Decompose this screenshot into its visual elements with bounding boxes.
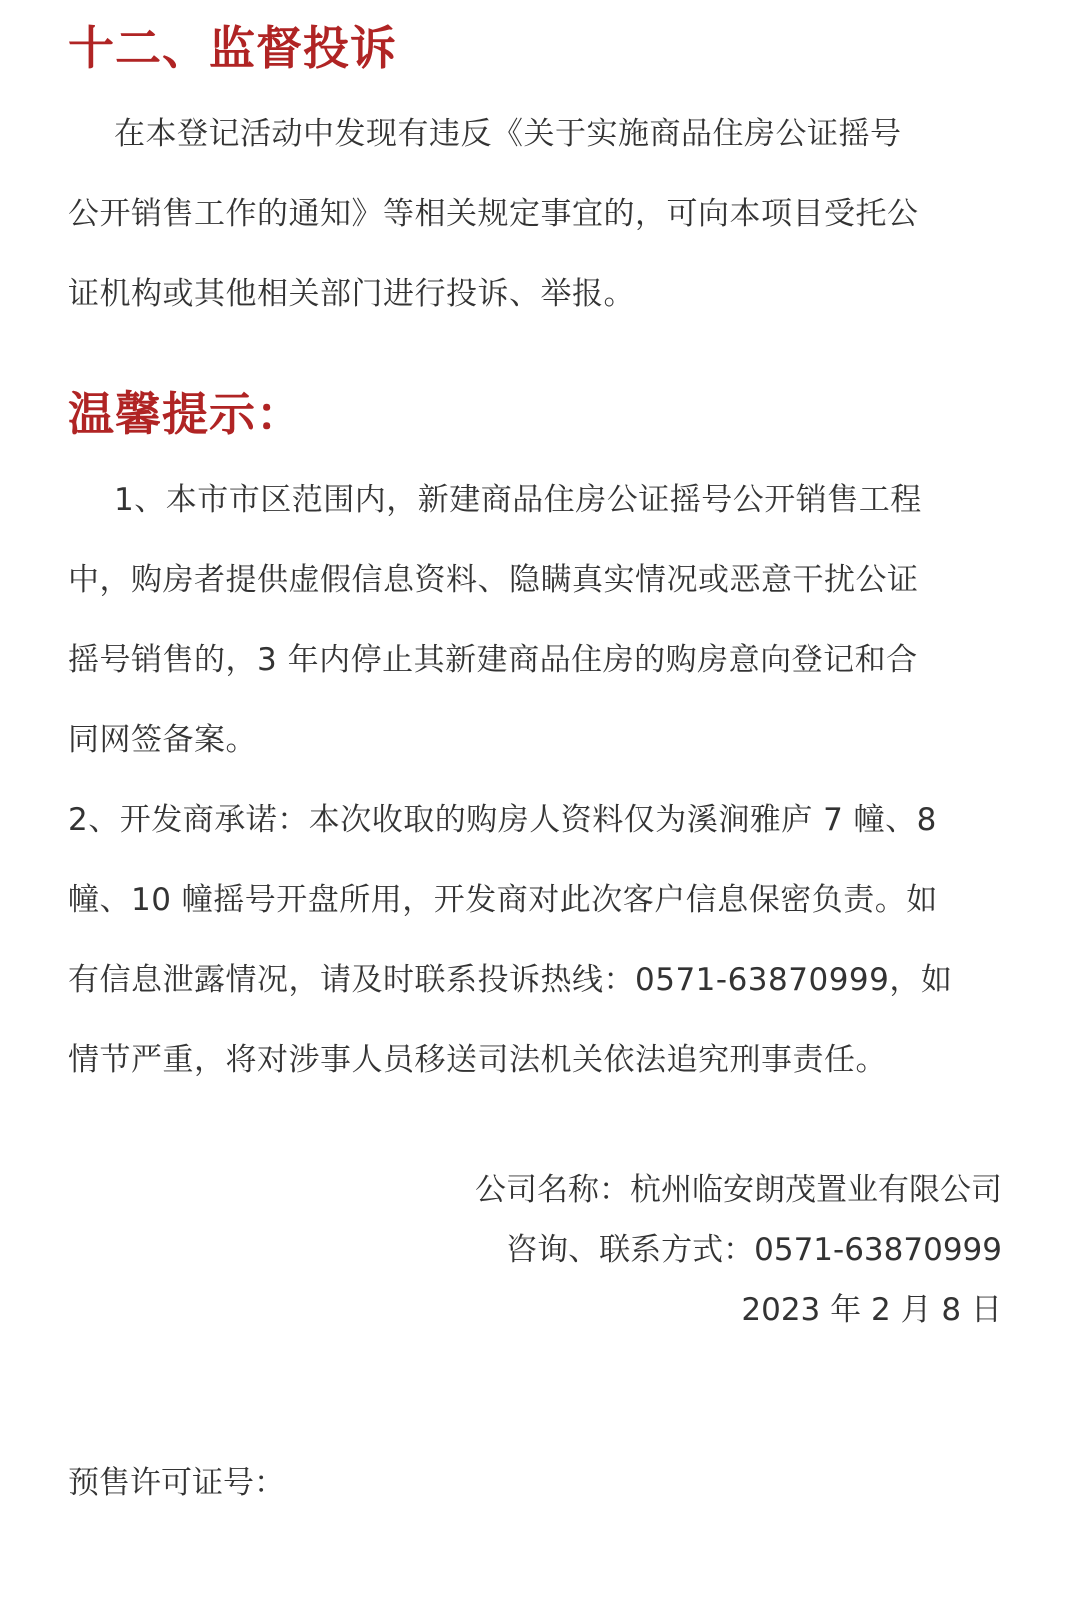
paragraph-line: 证机构或其他相关部门进行投诉、举报。	[68, 254, 1002, 334]
section-heading-supervision-complaint: 十二、监督投诉	[68, 18, 397, 78]
tip-line: 同网签备案。	[68, 700, 1002, 780]
tip-line: 2、开发商承诺：本次收取的购房人资料仅为溪涧雅庐 7 幢、8	[68, 780, 1002, 860]
tip-line: 幢、10 幢摇号开盘所用，开发商对此次客户信息保密负责。如	[68, 860, 1002, 940]
tip-line: 情节严重，将对涉事人员移送司法机关依法追究刑事责任。	[68, 1020, 1002, 1100]
section-heading-tips: 温馨提示：	[68, 384, 303, 444]
paragraph-line: 在本登记活动中发现有违反《关于实施商品住房公证摇号	[68, 94, 1002, 174]
paragraph-line: 公开销售工作的通知》等相关规定事宜的，可向本项目受托公	[68, 174, 1002, 254]
tip-item-1: 1、本市市区范围内，新建商品住房公证摇号公开销售工程 中，购房者提供虚假信息资料…	[68, 460, 1002, 780]
tip-line: 摇号销售的，3 年内停止其新建商品住房的购房意向登记和合	[68, 620, 1002, 700]
contact-info: 咨询、联系方式：0571-63870999	[506, 1220, 1002, 1280]
tip-line: 有信息泄露情况，请及时联系投诉热线：0571-63870999，如	[68, 940, 1002, 1020]
issue-date: 2023 年 2 月 8 日	[741, 1280, 1002, 1340]
tip-item-2: 2、开发商承诺：本次收取的购房人资料仅为溪涧雅庐 7 幢、8 幢、10 幢摇号开…	[68, 780, 1002, 1100]
tip-line: 1、本市市区范围内，新建商品住房公证摇号公开销售工程	[68, 460, 1002, 540]
presale-permit-label: 预售许可证号：	[68, 1458, 285, 1508]
tip-line: 中，购房者提供虚假信息资料、隐瞒真实情况或恶意干扰公证	[68, 540, 1002, 620]
company-name: 公司名称：杭州临安朗茂置业有限公司	[475, 1160, 1002, 1220]
supervision-complaint-paragraph: 在本登记活动中发现有违反《关于实施商品住房公证摇号 公开销售工作的通知》等相关规…	[68, 94, 1002, 334]
